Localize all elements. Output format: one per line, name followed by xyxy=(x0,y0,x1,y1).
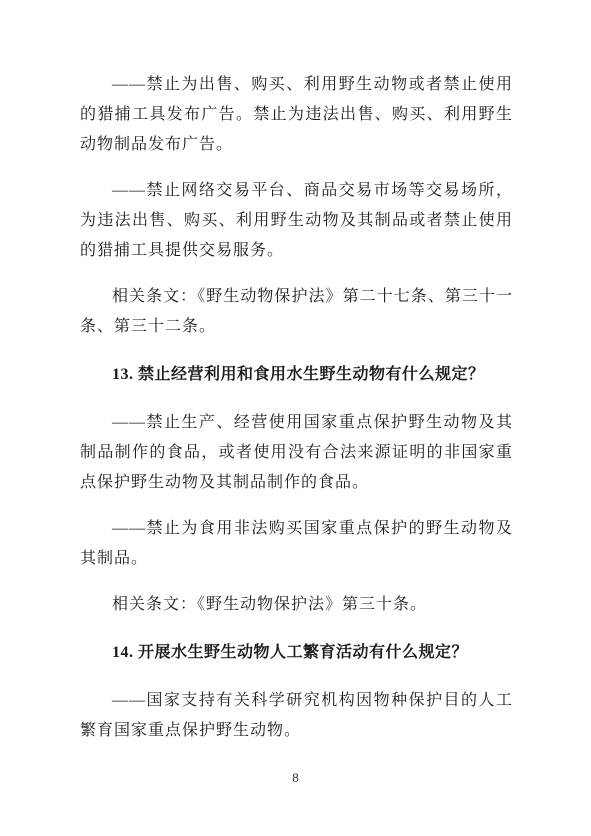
paragraph-related-articles-2: 相关条文：《野生动物保护法》第三十条。 xyxy=(80,590,513,620)
question-heading-13: 13. 禁止经营利用和食用水生野生动物有什么规定？ xyxy=(80,360,513,390)
document-viewport: { "colors": { "background": "#ffffff", "… xyxy=(0,0,591,836)
paragraph-advertising-ban: ——禁止为出售、购买、利用野生动物或者禁止使用的猎捕工具发布广告。禁止为违法出售… xyxy=(80,70,513,160)
paragraph-trading-platform-ban: ——禁止网络交易平台、商品交易市场等交易场所，为违法出售、购买、利用野生动物及其… xyxy=(80,176,513,266)
page-footer: 8 xyxy=(0,770,591,786)
paragraph-food-production-ban: ——禁止生产、经营使用国家重点保护野生动物及其制品制作的食品，或者使用没有合法来… xyxy=(80,408,513,498)
question-heading-14: 14. 开展水生野生动物人工繁育活动有什么规定？ xyxy=(80,638,513,668)
paragraph-illegal-purchase-ban: ——禁止为食用非法购买国家重点保护的野生动物及其制品。 xyxy=(80,514,513,574)
page-number: 8 xyxy=(292,770,299,785)
paragraph-related-articles-1: 相关条文：《野生动物保护法》第二十七条、第三十一条、第三十二条。 xyxy=(80,282,513,342)
paragraph-artificial-breeding: ——国家支持有关科学研究机构因物种保护目的人工繁育国家重点保护野生动物。 xyxy=(80,686,513,746)
document-page: ——禁止为出售、购买、利用野生动物或者禁止使用的猎捕工具发布广告。禁止为违法出售… xyxy=(0,0,591,836)
